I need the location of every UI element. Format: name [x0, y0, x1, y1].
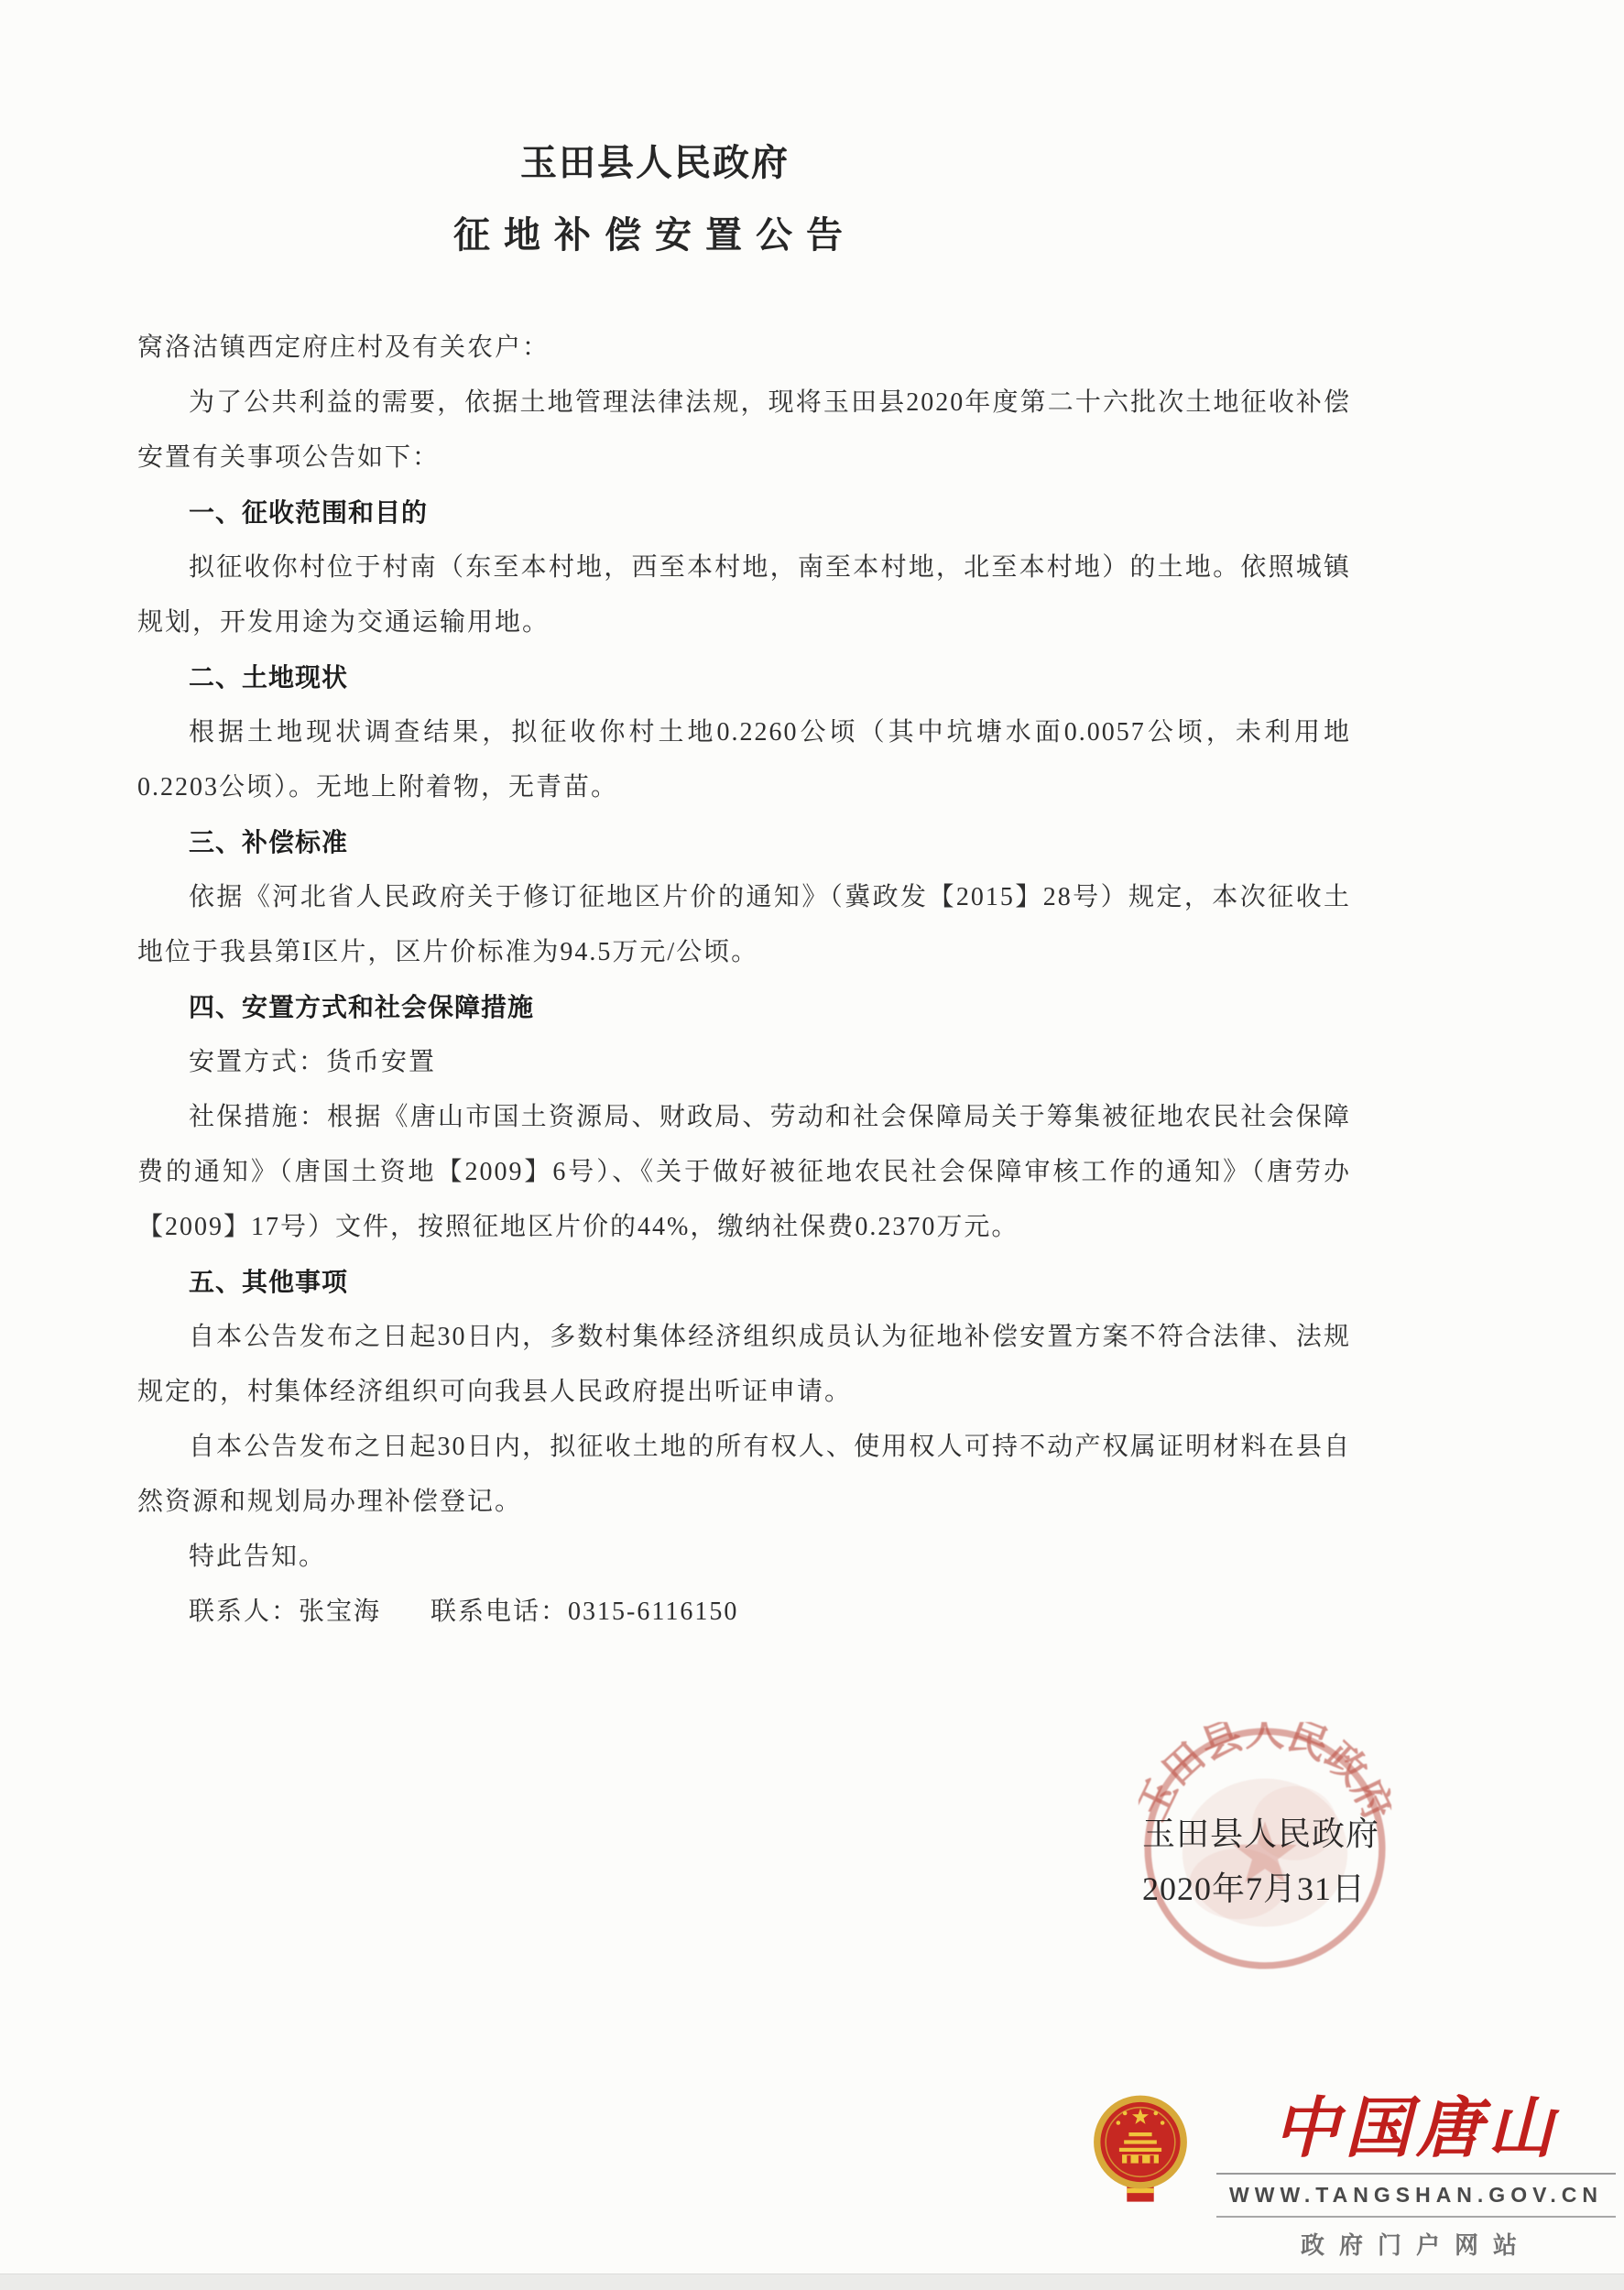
signature-issuer: 玉田县人民政府: [1142, 1806, 1379, 1861]
contact-phone-label: 联系电话：: [431, 1598, 568, 1626]
divider: [1216, 2216, 1616, 2218]
paragraph: 拟征收你村位于村南（东至本村地，西至本村地，南至本村地，北至本村地）的土地。依照…: [137, 540, 1351, 650]
section-heading-3: 三、补偿标准: [137, 815, 1351, 870]
contact-person-name: 张宝海: [299, 1598, 381, 1626]
signature-date: 2020年7月31日: [1142, 1861, 1379, 1916]
national-emblem-icon: [1092, 2094, 1189, 2209]
scanned-document-page: 玉田县人民政府 征地补偿安置公告 窝洛沽镇西定府庄村及有关农户： 为了公共利益的…: [0, 0, 1624, 2290]
page-title: 玉田县人民政府: [55, 134, 1255, 186]
portal-brand-name: 中国唐山: [1216, 2094, 1616, 2165]
salutation: 窝洛沽镇西定府庄村及有关农户：: [137, 321, 1351, 376]
section-heading-5: 五、其他事项: [137, 1255, 1351, 1310]
section-heading-1: 一、征收范围和目的: [137, 485, 1351, 540]
signature-block: 玉田县人民政府 2020年7月31日: [1142, 1806, 1379, 1916]
divider: [1216, 2173, 1616, 2175]
paragraph: 特此告知。: [137, 1530, 1351, 1585]
portal-tagline: 政府门户网站: [1216, 2227, 1616, 2261]
paragraph: 自本公告发布之日起30日内，拟征收土地的所有权人、使用权人可持不动产权属证明材料…: [137, 1420, 1351, 1530]
portal-logo-text: 中国唐山 WWW.TANGSHAN.GOV.CN 政府门户网站: [1216, 2094, 1616, 2261]
portal-url: WWW.TANGSHAN.GOV.CN: [1216, 2183, 1616, 2208]
paragraph: 社保措施：根据《唐山市国土资源局、财政局、劳动和社会保障局关于筹集被征地农民社会…: [137, 1090, 1351, 1255]
section-heading-2: 二、土地现状: [137, 650, 1351, 705]
paragraph: 根据土地现状调查结果，拟征收你村土地0.2260公顷（其中坑塘水面0.0057公…: [137, 705, 1351, 815]
contact-phone-number: 0315-6116150: [568, 1598, 738, 1626]
paragraph: 自本公告发布之日起30日内，多数村集体经济组织成员认为征地补偿安置方案不符合法律…: [137, 1310, 1351, 1420]
paragraph: 为了公共利益的需要，依据土地管理法律法规，现将玉田县2020年度第二十六批次土地…: [137, 376, 1351, 485]
document-body: 窝洛沽镇西定府庄村及有关农户： 为了公共利益的需要，依据土地管理法律法规，现将玉…: [137, 321, 1351, 1640]
page-subtitle: 征地补偿安置公告: [55, 206, 1255, 258]
contact-person-label: 联系人：: [189, 1598, 299, 1626]
contact-row: 联系人：张宝海联系电话：0315-6116150: [137, 1585, 1351, 1640]
paragraph: 依据《河北省人民政府关于修订征地区片价的通知》（冀政发【2015】28号）规定，…: [137, 870, 1351, 980]
paragraph: 安置方式：货币安置: [137, 1035, 1351, 1090]
page-bottom-edge: [0, 2274, 1624, 2290]
document-header: 玉田县人民政府 征地补偿安置公告: [55, 134, 1255, 258]
portal-logo-block: 中国唐山 WWW.TANGSHAN.GOV.CN 政府门户网站: [1092, 2094, 1616, 2261]
section-heading-4: 四、安置方式和社会保障措施: [137, 980, 1351, 1035]
